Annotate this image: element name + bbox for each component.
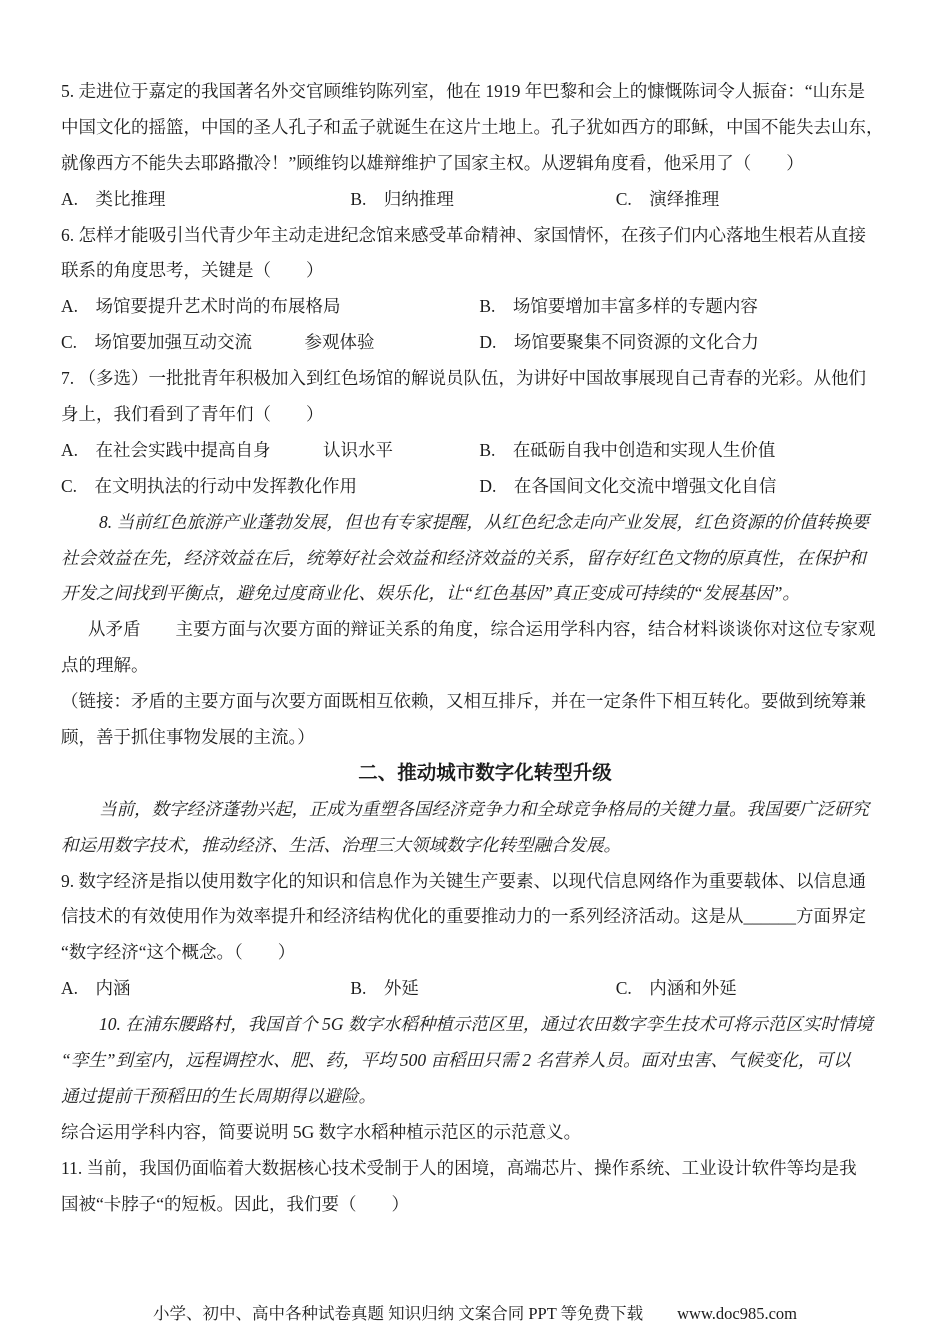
page-footer: 小学、初中、高中各种试卷真题 知识归纳 文案合同 PPT 等免费下载www.do… [0, 1303, 950, 1325]
question-9-line-2: 信技术的有效使用作为效率提升和经济结构优化的重要推动力的一系列经济活动。这是从_… [61, 899, 909, 935]
question-10-line-1: 10. 在浦东腰路村，我国首个 5G 数字水稻种植示范区里，通过农田数字孪生技术… [61, 1007, 909, 1043]
question-7-line-2: 身上，我们看到了青年们（ ） [61, 397, 909, 433]
question-5-option-a: A. 类比推理 [61, 182, 346, 218]
footer-promo-text: 小学、初中、高中各种试卷真题 知识归纳 文案合同 PPT 等免费下载 [153, 1304, 643, 1323]
question-9-line-3: “数字经济“这个概念。（ ） [61, 935, 909, 971]
section-2-intro-line-2: 和运用数字技术，推动经济、生活、治理三大领域数字化转型融合发展。 [61, 828, 909, 864]
question-7-option-c: C. 在文明执法的行动中发挥教化作用 [61, 469, 475, 505]
question-9-option-b: B. 外延 [350, 971, 611, 1007]
question-6-option-a: A. 场馆要提升艺术时尚的布展格局 [61, 289, 475, 325]
question-6-line-1: 6. 怎样才能吸引当代青少年主动走进纪念馆来感受革命精神、家国情怀，在孩子们内心… [61, 218, 909, 254]
question-5-line-3: 就像西方不能失去耶路撒冷！”顾维钧以雄辩维护了国家主权。从逻辑角度看，他采用了（… [61, 146, 909, 182]
question-9-options-row: A. 内涵 B. 外延 C. 内涵和外延 [61, 971, 909, 1007]
question-6-options-row-ab: A. 场馆要提升艺术时尚的布展格局 B. 场馆要增加丰富多样的专题内容 [61, 289, 909, 325]
question-8-link-note-line-2: 顾，善于抓住事物发展的主流。） [61, 720, 909, 756]
question-8-line-4: 从矛盾 主要方面与次要方面的辩证关系的角度，综合运用学科内容，结合材料谈谈你对这… [61, 612, 909, 648]
question-5-line-1: 5. 走进位于嘉定的我国著名外交官顾维钧陈列室，他在 1919 年巴黎和会上的慷… [61, 74, 909, 110]
question-7-options-row-ab: A. 在社会实践中提高自身 认识水平 B. 在砥砺自我中创造和实现人生价值 [61, 433, 909, 469]
question-8-line-3: 开发之间找到平衡点，避免过度商业化、娱乐化，让“红色基因”真正变成可持续的“发展… [61, 576, 909, 612]
question-7-line-1: 7. （多选）一批批青年积极加入到红色场馆的解说员队伍，为讲好中国故事展现自己青… [61, 361, 909, 397]
question-5-option-b: B. 归纳推理 [350, 182, 611, 218]
question-11-line-2: 国被“卡脖子“的短板。因此，我们要（ ） [61, 1187, 909, 1223]
section-2-intro-line-1: 当前，数字经济蓬勃兴起，正成为重塑各国经济竞争力和全球竞争格局的关键力量。我国要… [61, 792, 909, 828]
question-9-line-1: 9. 数字经济是指以使用数字化的知识和信息作为关键生产要素、以现代信息网络作为重… [61, 864, 909, 900]
question-10-line-4: 综合运用学科内容，简要说明 5G 数字水稻种植示范区的示范意义。 [61, 1115, 909, 1151]
document-body: 5. 走进位于嘉定的我国著名外交官顾维钧陈列室，他在 1919 年巴黎和会上的慷… [61, 74, 909, 1223]
question-10-line-3: 通过提前干预稻田的生长周期得以避险。 [61, 1079, 909, 1115]
question-8-link-note-line-1: （链接：矛盾的主要方面与次要方面既相互依赖，又相互排斥，并在一定条件下相互转化。… [61, 684, 909, 720]
footer-site-link[interactable]: www.doc985.com [677, 1304, 797, 1323]
question-9-option-c: C. 内涵和外延 [616, 978, 737, 998]
question-8-line-2: 社会效益在先，经济效益在后，统筹好社会效益和经济效益的关系，留存好红色文物的原真… [61, 541, 909, 577]
question-7-option-b: B. 在砥砺自我中创造和实现人生价值 [479, 440, 775, 460]
question-7-options-row-cd: C. 在文明执法的行动中发挥教化作用 D. 在各国间文化交流中增强文化自信 [61, 469, 909, 505]
question-7-option-d: D. 在各国间文化交流中增强文化自信 [479, 476, 776, 496]
question-5-line-2: 中国文化的摇篮，中国的圣人孔子和孟子就诞生在这片土地上。孔子犹如西方的耶稣，中国… [61, 110, 909, 146]
question-7-option-a: A. 在社会实践中提高自身 认识水平 [61, 433, 475, 469]
question-5-options-row: A. 类比推理 B. 归纳推理 C. 演绎推理 [61, 182, 909, 218]
question-6-line-2: 联系的角度思考，关键是（ ） [61, 253, 909, 289]
question-5-option-c: C. 演绎推理 [616, 189, 720, 209]
question-8-line-5: 点的理解。 [61, 648, 909, 684]
question-9-option-a: A. 内涵 [61, 971, 346, 1007]
question-8-line-1: 8. 当前红色旅游产业蓬勃发展，但也有专家提醒，从红色纪念走向产业发展，红色资源… [61, 505, 909, 541]
question-6-option-d: D. 场馆要聚集不同资源的文化合力 [479, 332, 759, 352]
question-10-line-2: “孪生”到室内，远程调控水、肥、药，平均 500 亩稻田只需 2 名营养人员。面… [61, 1043, 909, 1079]
question-11-line-1: 11. 当前，我国仍面临着大数据核心技术受制于人的困境，高端芯片、操作系统、工业… [61, 1151, 909, 1187]
question-6-option-c: C. 场馆要加强互动交流 参观体验 [61, 325, 475, 361]
exam-document-page: 5. 走进位于嘉定的我国著名外交官顾维钧陈列室，他在 1919 年巴黎和会上的慷… [0, 0, 950, 1344]
question-6-option-b: B. 场馆要增加丰富多样的专题内容 [479, 296, 758, 316]
section-2-title: 二、推动城市数字化转型升级 [61, 756, 909, 792]
question-6-options-row-cd: C. 场馆要加强互动交流 参观体验 D. 场馆要聚集不同资源的文化合力 [61, 325, 909, 361]
